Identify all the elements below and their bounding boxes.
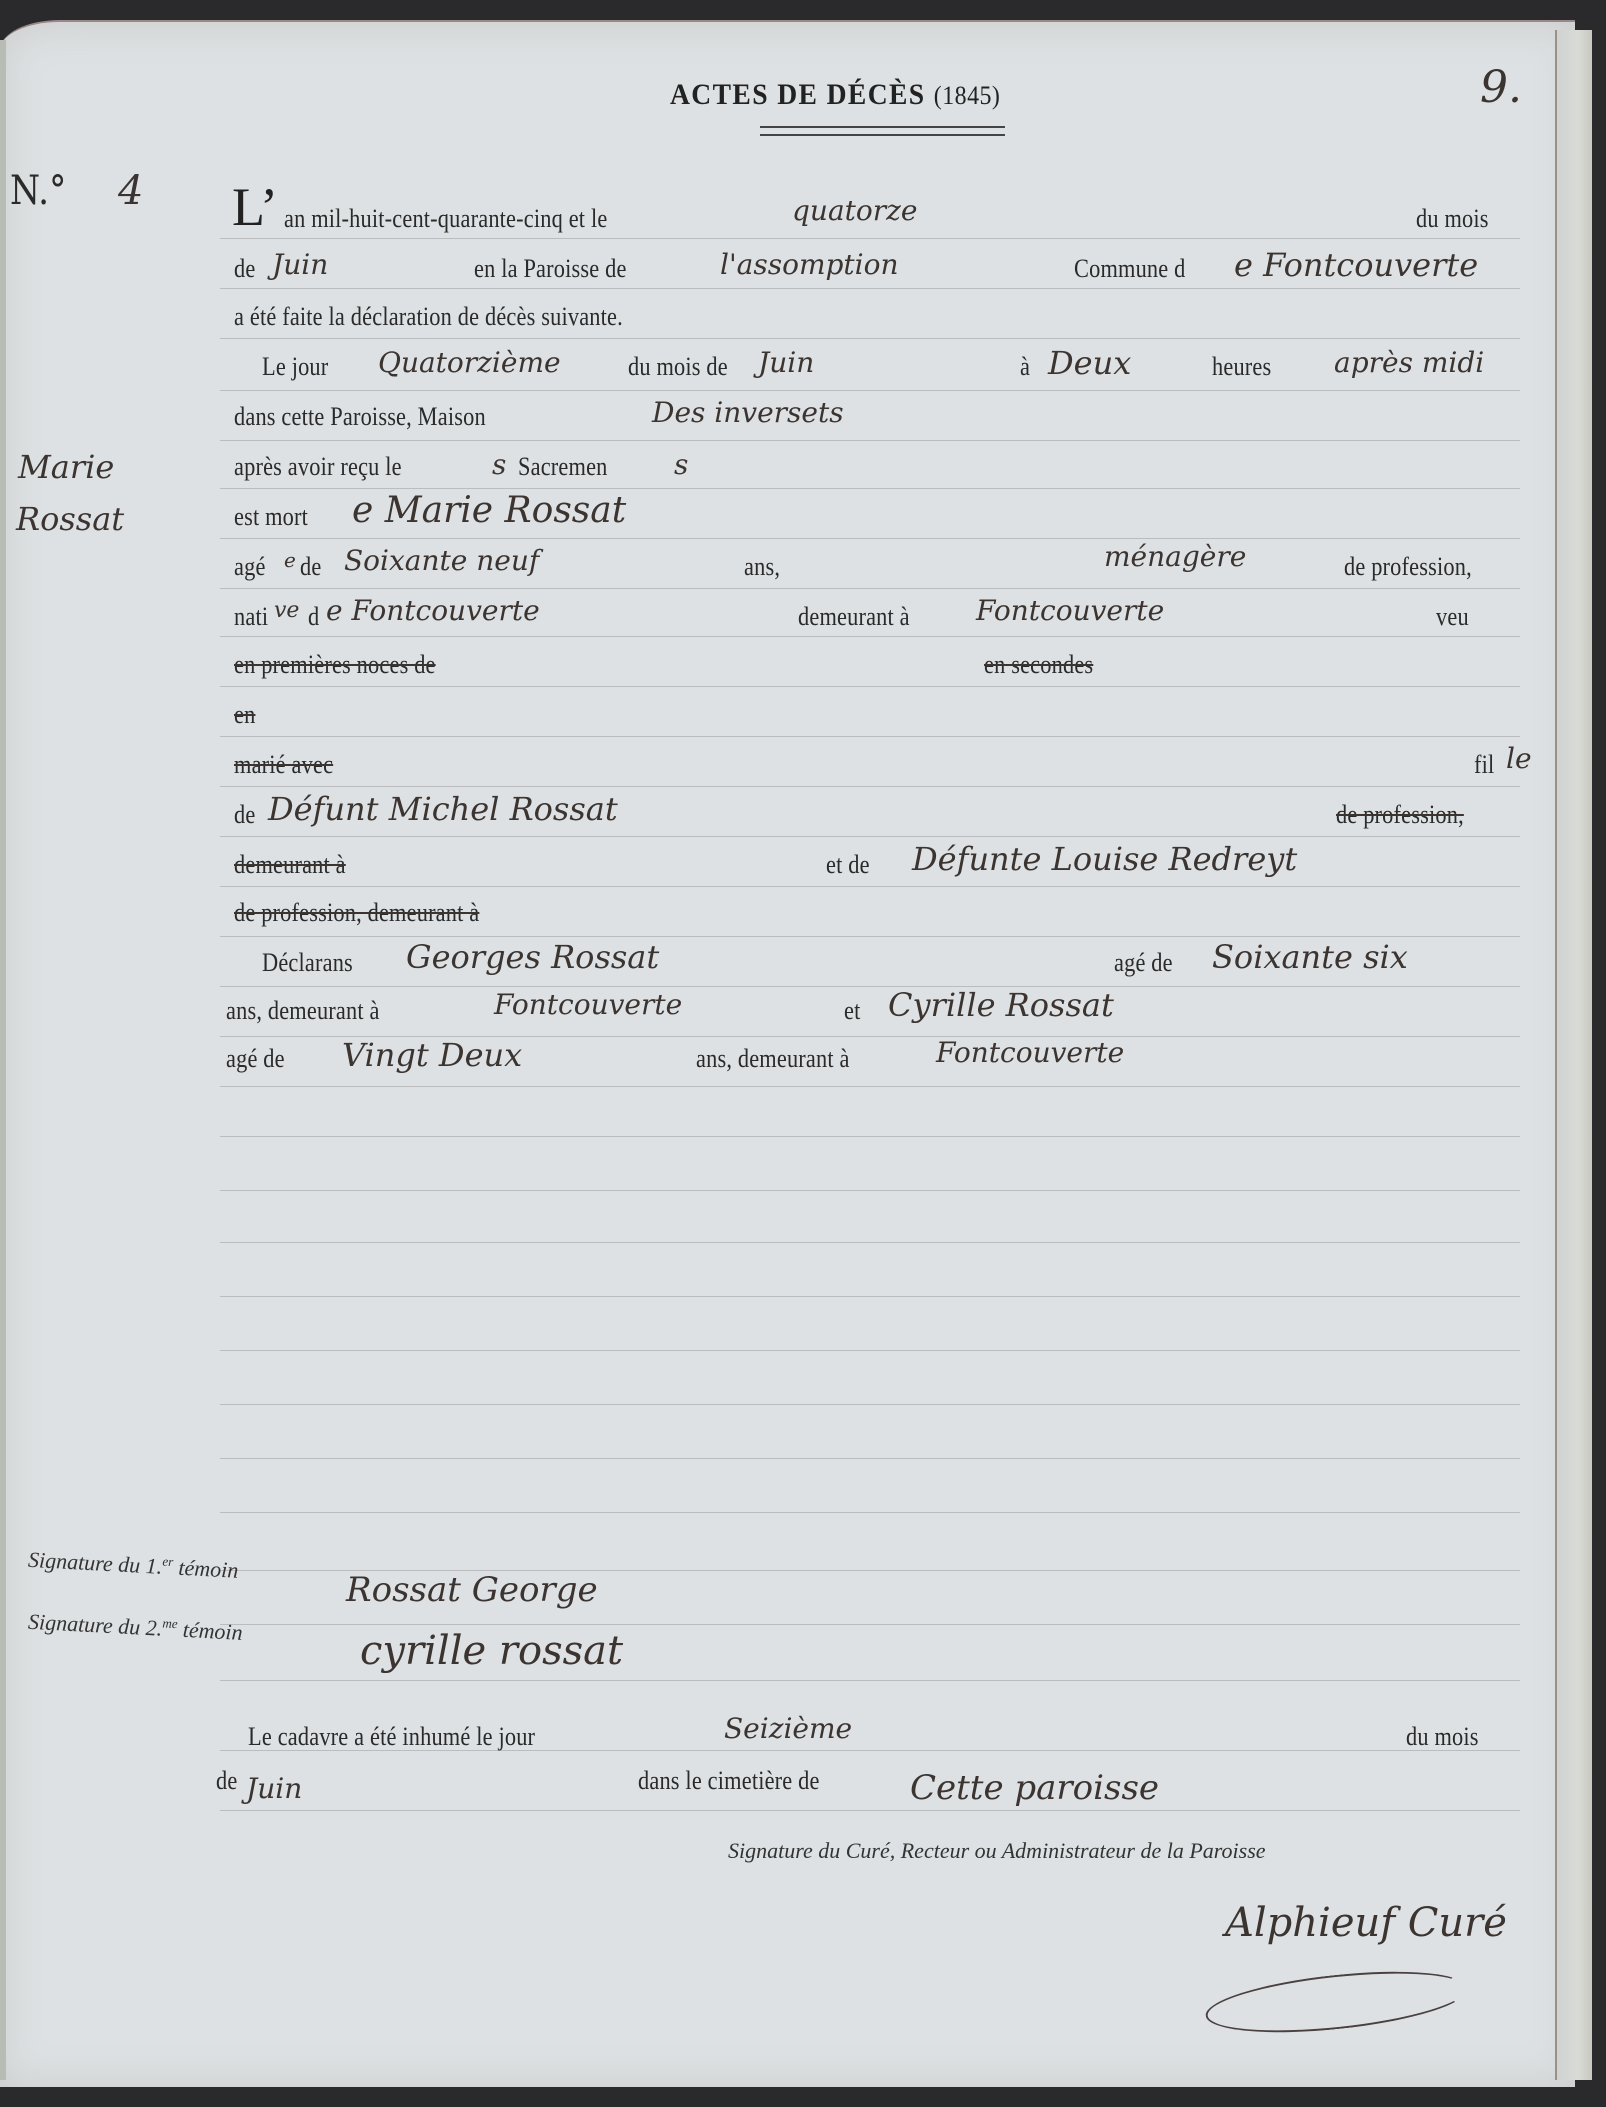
handwritten-house: Des inversets xyxy=(652,396,844,429)
ruled-line xyxy=(220,440,1520,441)
cure-signature-label: Signature du Curé, Recteur ou Administra… xyxy=(728,1838,1266,1864)
printed-text: demeurant à xyxy=(798,602,910,632)
ruled-line xyxy=(220,1404,1520,1405)
printed-text: dans cette Paroisse, Maison xyxy=(234,402,486,432)
printed-text: fil xyxy=(1474,750,1494,780)
margin-name-last: Rossat xyxy=(16,500,124,538)
ruled-line xyxy=(220,1810,1520,1811)
printed-text: du mois xyxy=(1406,1722,1479,1752)
printed-text: du mois xyxy=(1416,204,1489,234)
struck-printed-text: de profession, demeurant à xyxy=(234,898,479,928)
printed-text: de xyxy=(234,254,255,284)
ruled-line xyxy=(220,936,1520,937)
handwritten-burial-day: Seizième xyxy=(724,1712,852,1745)
struck-printed-text: en premières noces de xyxy=(234,650,436,680)
margin-name-first: Marie xyxy=(18,448,114,486)
handwritten-declarant-1-age: Soixante six xyxy=(1212,938,1408,976)
handwritten-commune: e Fontcouverte xyxy=(1234,246,1478,284)
ruled-line xyxy=(220,986,1520,987)
handwritten-deceased-name: e Marie Rossat xyxy=(352,490,626,531)
ruled-line xyxy=(220,1680,1520,1681)
printed-text: de profession, xyxy=(1344,552,1472,582)
ruled-line xyxy=(220,338,1520,339)
handwritten-cemetery: Cette paroisse xyxy=(910,1768,1159,1808)
ruled-line xyxy=(220,538,1520,539)
printed-text: agé de xyxy=(226,1044,285,1074)
binding-edge xyxy=(0,40,6,2080)
handwritten-correction: le xyxy=(1506,742,1532,775)
printed-text: du mois de xyxy=(628,352,728,382)
printed-text: de xyxy=(216,1766,237,1796)
ruled-line xyxy=(220,238,1520,239)
handwritten-month: Juin xyxy=(272,248,328,281)
handwritten-correction: ve xyxy=(274,598,299,623)
title-text: ACTES DE DÉCÈS xyxy=(670,78,926,111)
printed-text: Déclarans xyxy=(262,948,353,978)
ordinal-suffix: er xyxy=(162,1554,174,1570)
ruled-line xyxy=(220,488,1520,489)
ruled-line xyxy=(220,786,1520,787)
handwritten-day: quatorze xyxy=(792,194,917,227)
printed-text: est mort xyxy=(234,502,308,532)
witness-2-signature: cyrille rossat xyxy=(360,1628,623,1674)
act-number-label: N.° xyxy=(10,168,67,214)
ruled-line xyxy=(220,1190,1520,1191)
printed-text: agé xyxy=(234,552,266,582)
ruled-line xyxy=(220,588,1520,589)
act-number: 4 xyxy=(118,168,143,214)
printed-text: an mil-huit-cent-quarante-cinq et le xyxy=(284,204,607,234)
handwritten-declarant-2: Cyrille Rossat xyxy=(888,986,1114,1024)
ruled-line xyxy=(220,390,1520,391)
ruled-line xyxy=(220,636,1520,637)
page-title: ACTES DE DÉCÈS (1845) xyxy=(670,78,1000,112)
ruled-line xyxy=(220,1296,1520,1297)
ruled-line xyxy=(220,1242,1520,1243)
label-text: témoin xyxy=(182,1617,243,1645)
struck-printed-text: demeurant à xyxy=(234,850,346,880)
ruled-line xyxy=(220,1624,1520,1625)
title-double-rule xyxy=(760,126,1005,136)
handwritten-burial-month: Juin xyxy=(246,1772,302,1805)
printed-text: veu xyxy=(1436,602,1469,632)
struck-printed-text: en xyxy=(234,700,255,730)
ruled-line xyxy=(220,1512,1520,1513)
printed-text: Le cadavre a été inhumé le jour xyxy=(248,1722,535,1752)
struck-printed-text: marié avec xyxy=(234,750,333,780)
printed-text: après avoir reçu le xyxy=(234,452,402,482)
ruled-line xyxy=(220,736,1520,737)
ruled-line xyxy=(220,1350,1520,1351)
struck-printed-text: en secondes xyxy=(984,650,1093,680)
ruled-line xyxy=(220,1136,1520,1137)
handwritten-birthplace: e Fontcouverte xyxy=(326,594,540,627)
handwritten-father: Défunt Michel Rossat xyxy=(268,790,618,828)
handwritten-residence: Fontcouverte xyxy=(976,594,1164,627)
printed-text: et de xyxy=(826,850,870,880)
printed-text: ans, xyxy=(744,552,780,582)
witness-1-signature: Rossat George xyxy=(346,1570,598,1610)
handwritten-age: Soixante neuf xyxy=(344,544,539,577)
printed-text: de xyxy=(300,552,321,582)
printed-text: ans, demeurant à xyxy=(696,1044,850,1074)
printed-text: Le jour xyxy=(262,352,328,382)
printed-text: en la Paroisse de xyxy=(474,254,627,284)
page-number: 9. xyxy=(1480,62,1522,113)
title-year: (1845) xyxy=(934,81,1001,110)
ruled-line xyxy=(220,288,1520,289)
handwritten-declarant-2-age: Vingt Deux xyxy=(342,1036,522,1074)
label-text: témoin xyxy=(178,1555,239,1583)
ruled-line xyxy=(220,836,1520,837)
handwritten-correction: s xyxy=(674,448,688,481)
handwritten-mother: Défunte Louise Redreyt xyxy=(912,840,1297,878)
page-edge xyxy=(1555,30,1592,2080)
printed-text: Sacremen xyxy=(518,452,608,482)
printed-text: dans le cimetière de xyxy=(638,1766,820,1796)
ruled-line xyxy=(220,1086,1520,1087)
ruled-line xyxy=(220,686,1520,687)
printed-text: agé de xyxy=(1114,948,1173,978)
printed-text: ans, demeurant à xyxy=(226,996,380,1026)
struck-printed-text: de profession, xyxy=(1336,800,1464,830)
drop-cap-L: L’ xyxy=(232,180,278,234)
handwritten-declarant-2-residence: Fontcouverte xyxy=(936,1036,1124,1069)
printed-text: nati xyxy=(234,602,268,632)
handwritten-month: Juin xyxy=(758,346,814,379)
printed-text: Commune d xyxy=(1074,254,1185,284)
handwritten-profession: ménagère xyxy=(1104,540,1246,573)
handwritten-correction: e xyxy=(284,548,296,572)
printed-text: à xyxy=(1020,352,1030,382)
handwritten-correction: s xyxy=(492,448,506,481)
cure-signature: Alphieuf Curé xyxy=(1225,1900,1507,1946)
ruled-line xyxy=(220,886,1520,887)
handwritten-declarant-1: Georges Rossat xyxy=(406,938,659,976)
handwritten-parish: l'assomption xyxy=(720,248,899,281)
ruled-line xyxy=(220,1458,1520,1459)
printed-text: a été faite la déclaration de décès suiv… xyxy=(234,302,623,332)
handwritten-period: après midi xyxy=(1334,346,1484,379)
handwritten-declarant-1-residence: Fontcouverte xyxy=(494,988,682,1021)
printed-text: d xyxy=(308,602,319,632)
printed-text: de xyxy=(234,800,255,830)
printed-text: et xyxy=(844,996,860,1026)
handwritten-hour: Deux xyxy=(1048,344,1131,382)
handwritten-day: Quatorzième xyxy=(378,346,561,379)
printed-text: heures xyxy=(1212,352,1271,382)
ordinal-suffix: me xyxy=(162,1615,178,1631)
